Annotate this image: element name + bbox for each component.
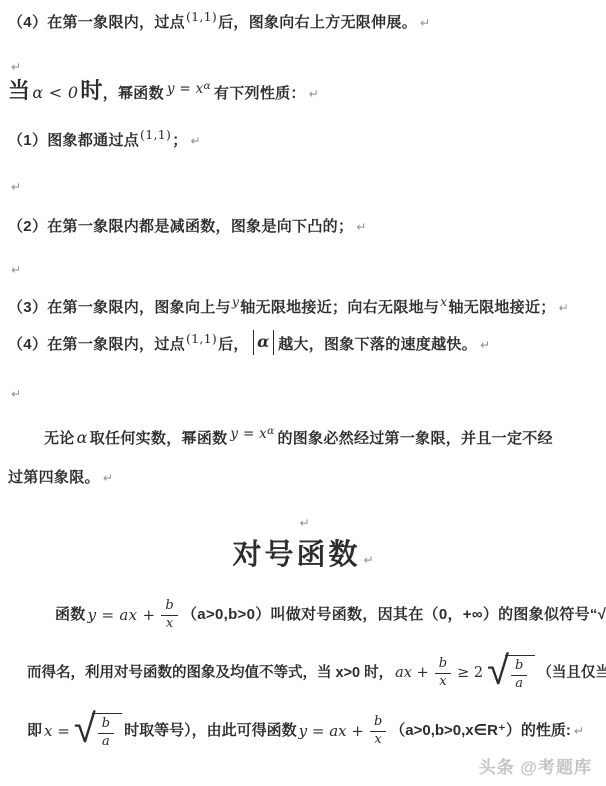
text-run: 而得名，利用对号函数的图象及均值不等式，当 x>0 时， bbox=[27, 662, 393, 684]
math-y-eq-x-pow-alpha: y = xα bbox=[230, 426, 274, 442]
text-run: （4）在第一象限内，过点 bbox=[8, 334, 185, 356]
paragraph-mark-icon: ↵ bbox=[356, 220, 366, 234]
paragraph-mark-icon: ↵ bbox=[191, 134, 201, 148]
text-run: （1）图象都通过点 bbox=[8, 132, 139, 149]
text-run: 无论 bbox=[44, 430, 75, 447]
fraction-b-over-x: bx bbox=[370, 715, 386, 747]
math-alpha-lt-zero: α < 0 bbox=[32, 83, 78, 102]
fraction-numerator: b bbox=[435, 657, 451, 673]
text-run: 过第四象限。 bbox=[8, 469, 100, 486]
heading-alpha-negative: 当α < 0时，幂函数y = xα有下列性质：↵ bbox=[8, 80, 319, 106]
radical-sign-icon: √ bbox=[74, 710, 96, 748]
text-run: （2）在第一象限内都是减函数，图象是向下凸的； bbox=[8, 218, 353, 235]
fraction-denominator: a bbox=[515, 676, 523, 691]
math-x-letter: x bbox=[440, 294, 447, 309]
math-base: y = x bbox=[167, 81, 204, 97]
paragraph-mark-icon: ↵ bbox=[11, 60, 21, 74]
fraction-b-over-x: bx bbox=[435, 657, 451, 689]
definition-line-b: 而得名，利用对号函数的图象及均值不等式，当 x>0 时，ax +bx≥ 2√ba… bbox=[27, 648, 606, 698]
text-run: 后，图象向右上方无限伸展。 bbox=[218, 14, 417, 31]
fraction-b-over-a: ba bbox=[511, 659, 527, 691]
text-run: （a>0,b>0）叫做对号函数，因其在（0，+∞）的图象似符号“√” bbox=[182, 604, 606, 626]
paragraph-mark-icon: ↵ bbox=[420, 16, 430, 30]
summary-paragraph-line2: 过第四象限。↵ bbox=[8, 467, 113, 489]
math-y-letter: y bbox=[232, 294, 239, 309]
list-item-3: （3）在第一象限内，图象向上与y轴无限地接近；向右无限地与x轴无限地接近；↵ bbox=[8, 297, 569, 319]
paragraph-mark-icon: ↵ bbox=[309, 87, 319, 101]
summary-paragraph-line1: 无论α取任何实数，幂函数y = xα的图象必然经过第一象限，并且一定不经 bbox=[8, 427, 553, 451]
empty-paragraph: ↵ bbox=[8, 259, 21, 281]
paragraph-mark-icon: ↵ bbox=[363, 553, 373, 567]
fraction-numerator: b bbox=[511, 659, 527, 675]
text-run: 当 bbox=[8, 78, 30, 103]
text-run: 即 bbox=[27, 720, 42, 742]
paragraph-mark-icon: ↵ bbox=[11, 263, 21, 277]
math-ax-plus: ax + bbox=[395, 662, 429, 684]
fraction-denominator: a bbox=[102, 734, 110, 749]
list-item-1: （1）图象都通过点(1,1)；↵ bbox=[8, 130, 201, 152]
text-run: 时取等号），由此可得函数 bbox=[124, 720, 297, 742]
math-alpha: α bbox=[257, 331, 270, 353]
text-run: 轴无限地接近； bbox=[448, 299, 555, 316]
radicand: ba bbox=[92, 713, 122, 749]
definition-line-c: 即x =√ba时取等号），由此可得函数y = ax +bx（a>0,b>0,x∈… bbox=[27, 706, 584, 756]
radical-sign-icon: √ bbox=[487, 652, 509, 690]
list-item-2: （2）在第一象限内都是减函数，图象是向下凸的；↵ bbox=[8, 216, 366, 238]
fraction-numerator: b bbox=[370, 715, 386, 731]
math-y-eq-ax-plus: y = ax + bbox=[299, 720, 364, 742]
point-1-1: (1,1) bbox=[186, 9, 217, 24]
abs-bar-icon bbox=[273, 330, 274, 355]
math-y-eq-x-pow-alpha: y = xα bbox=[167, 81, 211, 97]
text-run: 有下列性质： bbox=[214, 85, 306, 102]
math-exponent: α bbox=[267, 425, 274, 437]
text-run: 后， bbox=[218, 334, 249, 356]
document-page: （4）在第一象限内，过点(1,1)后，图象向右上方无限伸展。↵ ↵ 当α < 0… bbox=[0, 0, 606, 786]
text-run: 函数 bbox=[55, 604, 86, 626]
text-run: ，幂函数 bbox=[103, 85, 164, 102]
paragraph-mark-icon: ↵ bbox=[299, 516, 309, 530]
empty-paragraph: ↵ bbox=[8, 383, 21, 405]
fraction-numerator: b bbox=[98, 717, 114, 733]
paragraph-mark-icon: ↵ bbox=[11, 180, 21, 194]
empty-paragraph: ↵ bbox=[8, 56, 21, 78]
empty-paragraph-centered: ↵ bbox=[0, 512, 606, 534]
text-run: 轴无限地接近；向右无限地与 bbox=[240, 299, 439, 316]
text-run: （4）在第一象限内，过点 bbox=[8, 14, 185, 31]
math-abs-alpha: α bbox=[253, 330, 274, 355]
math-geq-two: ≥ 2 bbox=[457, 662, 483, 684]
radicand: ba bbox=[505, 655, 535, 691]
list-item-4: （4）在第一象限内，过点(1,1)后，α越大，图象下落的速度越快。↵ bbox=[8, 328, 490, 362]
paragraph-mark-icon: ↵ bbox=[574, 720, 584, 742]
text-run: （3）在第一象限内，图象向上与 bbox=[8, 299, 231, 316]
fraction-b-over-x: bx bbox=[161, 599, 178, 631]
math-alpha: α bbox=[77, 428, 88, 447]
fraction-numerator: b bbox=[161, 599, 178, 615]
math-x-eq: x = bbox=[44, 720, 70, 742]
paragraph-item4-expand: （4）在第一象限内，过点(1,1)后，图象向右上方无限伸展。↵ bbox=[8, 12, 430, 34]
text-run: （a>0,b>0,x∈R⁺）的性质: bbox=[390, 720, 571, 742]
abs-bar-icon bbox=[253, 330, 254, 355]
paragraph-mark-icon: ↵ bbox=[480, 334, 490, 356]
definition-line-a: 函数y = ax +bx（a>0,b>0）叫做对号函数，因其在（0，+∞）的图象… bbox=[55, 590, 606, 640]
text-run: 的图象必然经过第一象限，并且一定不经 bbox=[277, 430, 552, 447]
heading-duihao-function: 对号函数↵ bbox=[0, 538, 606, 577]
math-base: y = x bbox=[230, 426, 267, 442]
square-root: √ba bbox=[74, 712, 122, 750]
paragraph-mark-icon: ↵ bbox=[11, 387, 21, 401]
text-run: 越大，图象下落的速度越快。 bbox=[278, 334, 477, 356]
paragraph-mark-icon: ↵ bbox=[559, 301, 569, 315]
text-run: 取任何实数，幂函数 bbox=[90, 430, 228, 447]
point-1-1: (1,1) bbox=[186, 328, 217, 350]
empty-paragraph: ↵ bbox=[8, 176, 21, 198]
fraction-denominator: x bbox=[439, 674, 446, 689]
paragraph-mark-icon: ↵ bbox=[103, 471, 113, 485]
point-1-1: (1,1) bbox=[140, 127, 171, 142]
math-y-eq-ax-plus: y = ax + bbox=[88, 604, 156, 626]
watermark-toutiao-kaotiku: 头条 @考题库 bbox=[479, 753, 592, 778]
fraction-denominator: x bbox=[374, 732, 381, 747]
fraction-b-over-a: ba bbox=[98, 717, 114, 749]
text-run: ； bbox=[172, 132, 187, 149]
fraction-denominator: x bbox=[166, 616, 174, 631]
text-run: （当且仅当 bbox=[537, 662, 606, 684]
square-root: √ba bbox=[487, 654, 535, 692]
math-exponent: α bbox=[204, 80, 211, 92]
heading-text: 对号函数 bbox=[232, 539, 360, 571]
text-run: 时 bbox=[80, 78, 102, 103]
